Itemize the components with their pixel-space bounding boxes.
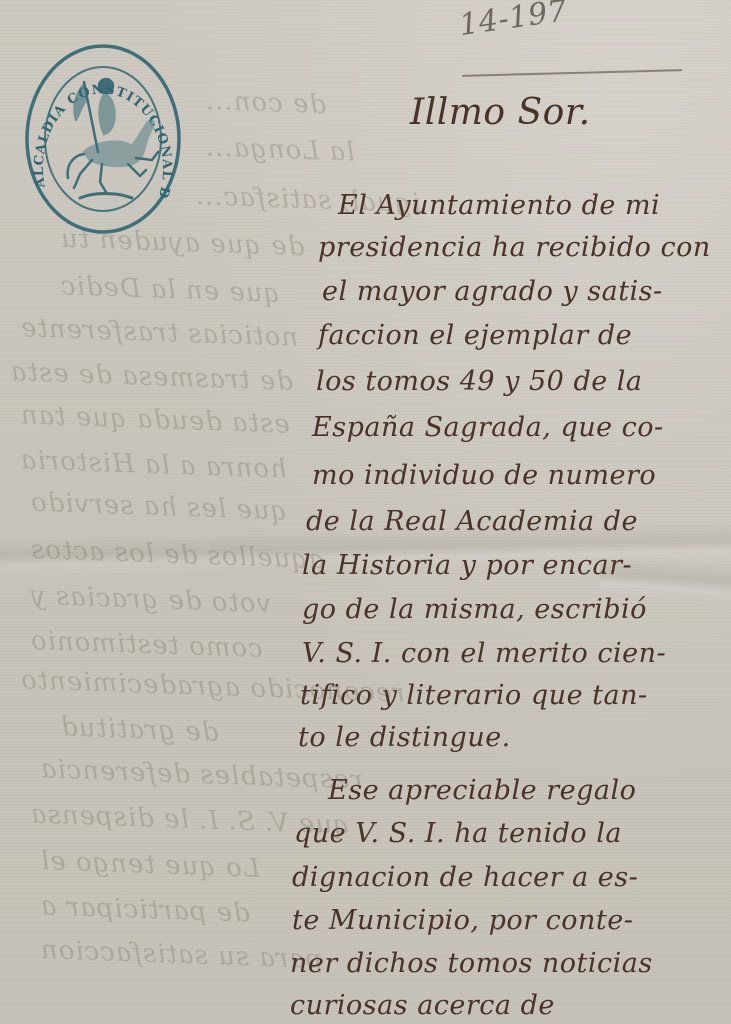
body-line: to le distingue. — [298, 722, 511, 753]
body-line: la Historia y por encar- — [302, 550, 632, 581]
body-line: los tomos 49 y 50 de la — [316, 366, 643, 397]
bleed-line: honra a la Historia — [20, 445, 288, 484]
body-line: El Ayuntamiento de mi — [338, 190, 660, 221]
bleed-line: Lo que tengo el — [40, 846, 261, 884]
bleed-line: como testimonio — [30, 626, 264, 664]
body-line: dignacion de hacer a es- — [292, 862, 638, 893]
body-line: Ese apreciable regalo — [328, 775, 636, 806]
body-line: V. S. I. con el merito cien- — [302, 638, 666, 669]
bleed-line: la Longa... — [205, 132, 356, 167]
bleed-line: de participar a — [40, 891, 251, 928]
bleed-line: que en la Dedic — [60, 271, 281, 309]
bleed-line: de con... — [205, 86, 327, 120]
bleed-line: de trasmesa de esta — [10, 357, 294, 397]
body-line: go de la misma, escribió — [302, 594, 647, 625]
body-line: ner dichos tomos noticias — [290, 948, 653, 979]
bleed-line: respetables deferencia — [40, 754, 364, 795]
bleed-line: de gratitud — [60, 712, 219, 748]
body-line: presidencia ha recibido con — [318, 232, 711, 263]
salutation: Illmo Sor. — [410, 92, 591, 133]
body-line: que V. S. I. ha tenido la — [294, 818, 622, 849]
body-line: te Municipio, por conte- — [292, 905, 633, 936]
bleed-line: voto de gracias y — [30, 581, 272, 619]
horseman-with-banner-icon: ALCALDIA CONSTITUCIONAL DE CALATAYUD — [24, 42, 182, 236]
bleed-line: para su satisfaccion — [40, 935, 323, 975]
municipal-seal-stamp: ALCALDIA CONSTITUCIONAL DE CALATAYUD — [24, 42, 182, 236]
body-line: curiosas acerca de — [290, 990, 555, 1021]
bleed-line: esta deuda que tan — [20, 400, 291, 439]
bleed-line: aquellos de los actos — [30, 535, 325, 575]
body-line: de la Real Academia de — [306, 506, 638, 537]
body-line: el mayor agrado y satis- — [322, 276, 663, 307]
letter-page: de con... la Longa... igual, satisfac...… — [0, 0, 731, 1024]
body-line: mo individuo de numero — [312, 460, 656, 491]
bleed-line: que les ha servido — [30, 488, 288, 527]
body-line: faccion el ejemplar de — [318, 320, 632, 351]
body-line: tifico y literario que tan- — [300, 680, 648, 711]
bleed-line: noticias trasferente — [20, 313, 299, 353]
body-line: España Sagrada, que co- — [312, 412, 664, 443]
